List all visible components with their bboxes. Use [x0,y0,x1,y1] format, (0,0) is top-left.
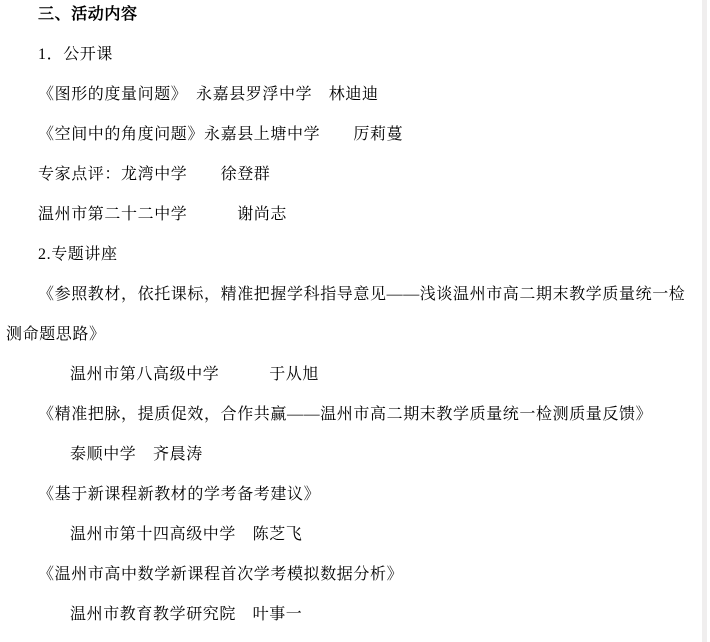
list-item-lecture-section: 2.专题讲座 [6,235,704,275]
list-item-open-class: 1．公开课 [6,35,704,75]
document-page: 三、活动内容 1．公开课 《图形的度量问题》 永嘉县罗浮中学 林迪迪 《空间中的… [0,0,710,642]
lecture-title-1-line-1: 《参照教材，依托课标，精准把握学科指导意见——浅谈温州市高二期末教学质量统一检 [6,275,704,315]
lecture-title-2: 《精准把脉，提质促效，合作共赢——温州市高二期末教学质量统一检测质量反馈》 [6,395,704,435]
lecture-title-1-line-2: 测命题思路》 [6,315,704,355]
lecture-4-presenter: 温州市教育教学研究院 叶事一 [6,595,704,635]
expert-comment-line: 专家点评：龙湾中学 徐登群 [6,155,704,195]
open-class-lesson-1: 《图形的度量问题》 永嘉县罗浮中学 林迪迪 [6,75,704,115]
scrollbar-track[interactable] [702,0,707,642]
section-heading: 三、活动内容 [6,0,704,35]
lecture-title-3: 《基于新课程新教材的学考备考建议》 [6,475,704,515]
document-body: 三、活动内容 1．公开课 《图形的度量问题》 永嘉县罗浮中学 林迪迪 《空间中的… [0,0,710,635]
lecture-title-4: 《温州市高中数学新课程首次学考模拟数据分析》 [6,555,704,595]
lecture-2-presenter: 泰顺中学 齐晨涛 [6,435,704,475]
open-class-lesson-2: 《空间中的角度问题》永嘉县上塘中学 厉莉蔓 [6,115,704,155]
lecture-1-presenter: 温州市第八高级中学 于从旭 [6,355,704,395]
expert-comment-line-2: 温州市第二十二中学 谢尚志 [6,195,704,235]
lecture-3-presenter: 温州市第十四高级中学 陈芝飞 [6,515,704,555]
